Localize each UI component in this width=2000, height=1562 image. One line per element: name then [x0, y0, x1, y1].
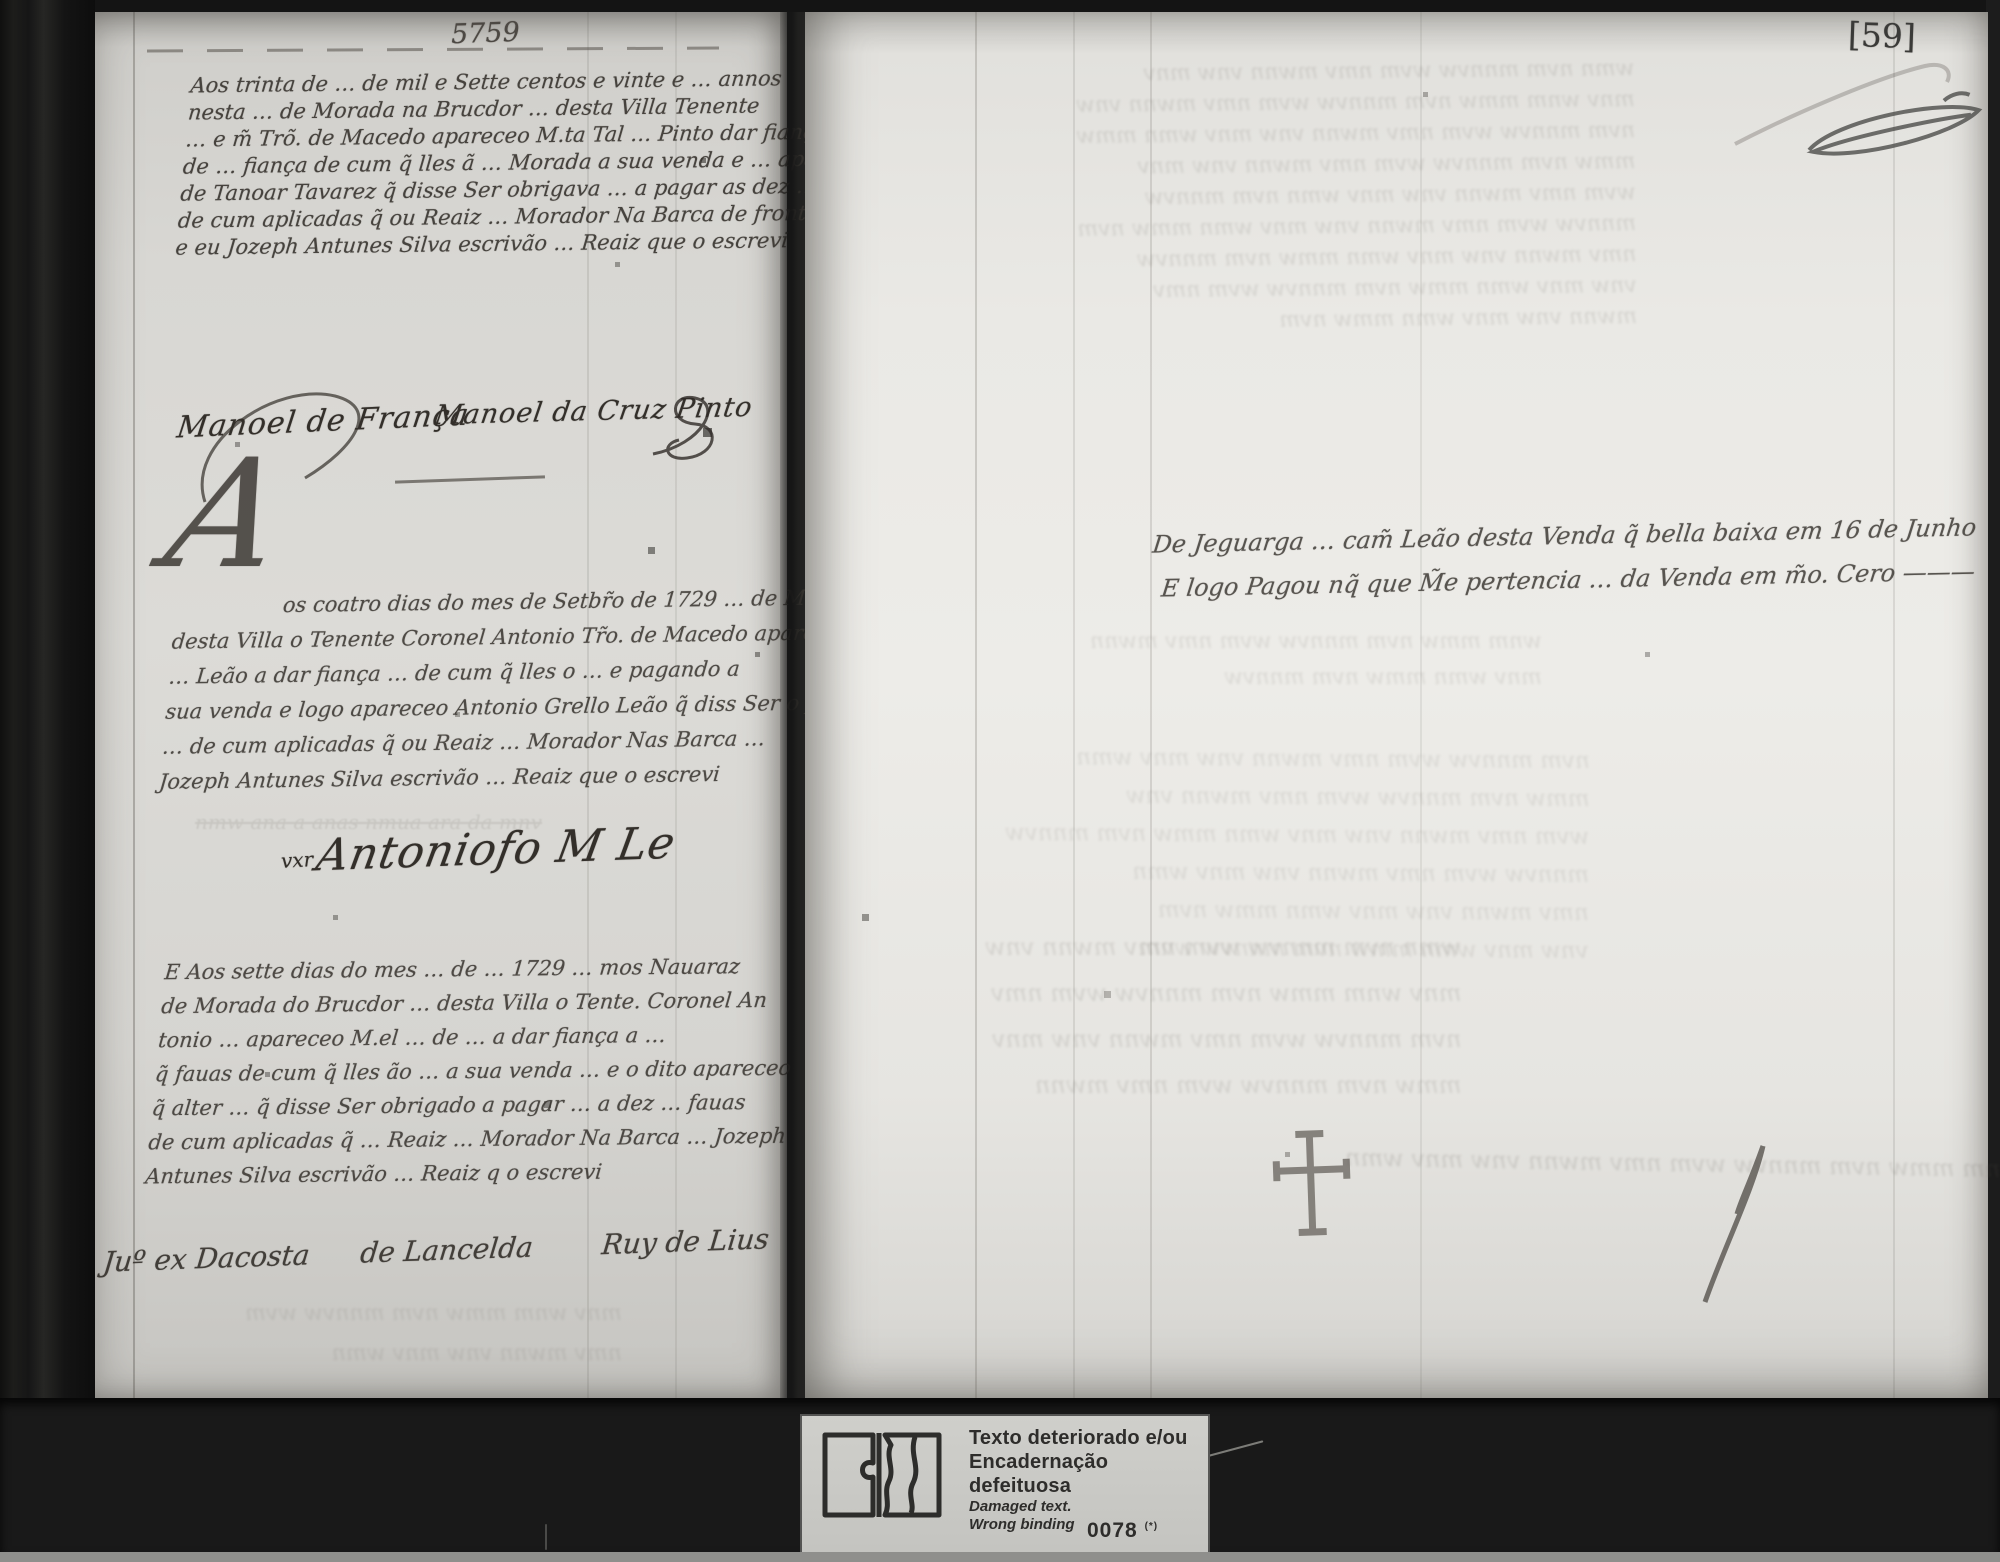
bleedthrough-line: wmn nvm mnnvw wvm nmv mwnn vnw	[985, 924, 1461, 970]
bleedthrough-line: wnm mmw nvm mnnvw wvm nmv mwnn	[1090, 624, 1542, 660]
signature-prefix: vxr	[280, 847, 313, 873]
scan-margin-left	[0, 0, 95, 1562]
film-scratch	[545, 1524, 547, 1550]
scan-margin-right	[1986, 0, 2000, 1562]
bleedthrough-line: mwnn vnw mnv wmn mmw nvm	[1078, 301, 1637, 338]
stamp-code-number: 0078	[1087, 1519, 1138, 1542]
stamp-title-pt-line1: Texto deteriorado e/ou	[969, 1426, 1208, 1450]
closing-judge-name: Juº ex Dacosta	[101, 1238, 311, 1278]
folio-number: 5759	[450, 17, 520, 50]
stamp-title-pt-line2: Encadernação defeituosa	[969, 1450, 1208, 1498]
bleedthrough-line: mmw nvm mnnvw wvm nmv mwnn	[985, 1062, 1461, 1108]
archive-condition-stamp: Texto deteriorado e/ou Encadernação defe…	[800, 1414, 1210, 1554]
bleedthrough-line: wvm nmv mwnn vnw mnv wmn mmw nvm mnnvw	[1005, 814, 1589, 856]
ink-specks	[95, 12, 96, 13]
scan-bottom-strip	[0, 1552, 2000, 1562]
bleedthrough-text: mnv wnm mmw nvm mnnvw wvm nmv mwnn vnw m…	[245, 1294, 622, 1374]
bleedthrough-text: mnv wnm mmw nvm mnnvw wvm nmv mwnn vnw m…	[1345, 1144, 2000, 1185]
stamp-code-footnote-mark: (*)	[1145, 1521, 1159, 1532]
marginal-annotation: De Jeguarga … cam̃ Leão desta Venda q̃ b…	[1145, 505, 1983, 611]
bleedthrough-line: nmv mwnn vnw mnv wmn	[245, 1334, 622, 1374]
ink-stroke-diagonal	[1693, 1140, 1773, 1310]
signature-rubric-flourish	[643, 384, 729, 470]
corner-folio-number: [59]	[1847, 15, 1916, 56]
bleedthrough-line: mnv wnm mmw nvm mnnvw wvm nmv mwnn vnw m…	[1345, 1144, 2000, 1185]
bleedthrough-text: wnm mmw nvm mnnvw wvm nmv mwnn mnv wmn m…	[1090, 624, 1542, 696]
bleedthrough-line: nvm mnnvw wvm nmv mwnn vnw mnv	[985, 1016, 1461, 1062]
cross-mark	[1261, 1122, 1361, 1243]
bleedthrough-text: wmn nvm mnnvw wvm nmv mwnn vnw mnv mnv w…	[1076, 53, 1638, 338]
bleedthrough-line: mnv wnm mmw nvm mnnvw wvm nmv	[985, 970, 1461, 1016]
closing-line: Juº ex Dacosta de Lancelda Ruy de Lius	[101, 1222, 770, 1278]
stamp-code: 0078 (*)	[1087, 1519, 1158, 1543]
ink-specks	[805, 12, 806, 13]
bleedthrough-line: mnv wmn mmw nvm mnnvw	[1090, 660, 1542, 696]
bleedthrough-text: wmn nvm mnnvw wvm nmv mwnn vnw mnv wnm m…	[985, 924, 1461, 1108]
hand-drawn-dashed-rule	[147, 47, 719, 53]
bleedthrough-line: mmw nvm mnnvw wvm nmv mwnn vnw	[1005, 776, 1589, 818]
right-page-crease	[975, 12, 977, 1398]
manuscript-line: de Morada do Brucdor … desta Villa o Ten…	[160, 983, 801, 1024]
closing-place: de Lancelda	[359, 1231, 535, 1270]
record-paragraph-3: E Aos sette dias do mes … de … 1729 … mo…	[144, 949, 804, 1194]
right-page-crease	[1073, 12, 1075, 1398]
bleedthrough-line: nvm mnnvw wvm nmv mwnn vnw mnv wmn	[1006, 738, 1590, 780]
bleedthrough-line: mnnvw wvm nmv mwnn vnw mnv wmn	[1005, 852, 1589, 894]
manuscript-line: de cum aplicadas q̃ … Reaiz … Morador Na…	[147, 1119, 788, 1160]
closing-name-right: Ruy de Lius	[600, 1222, 771, 1261]
right-page: wmn nvm mnnvw wvm nmv mwnn vnw mnv mnv w…	[805, 12, 1988, 1398]
manuscript-scan: 5759 Aos trinta de … de mil e Sette cent…	[0, 0, 2000, 1562]
initial-flourish-stroke	[185, 382, 405, 512]
right-page-crease	[1893, 12, 1895, 1398]
stamp-subtitle-en-line1: Damaged text.	[969, 1498, 1208, 1516]
bleedthrough-line: mnv wnm mmw nvm mnnvw wvm	[245, 1294, 622, 1334]
manuscript-line: Antunes Silva escrivão … Reaiz q o escre…	[144, 1153, 785, 1194]
binding-gutter	[780, 12, 806, 1398]
left-page-edge-crease	[133, 12, 135, 1398]
signature-underline	[395, 475, 545, 483]
left-page: 5759 Aos trinta de … de mil e Sette cent…	[95, 12, 787, 1398]
damaged-book-icon	[817, 1427, 947, 1523]
scribble-crossout	[1793, 75, 1999, 189]
